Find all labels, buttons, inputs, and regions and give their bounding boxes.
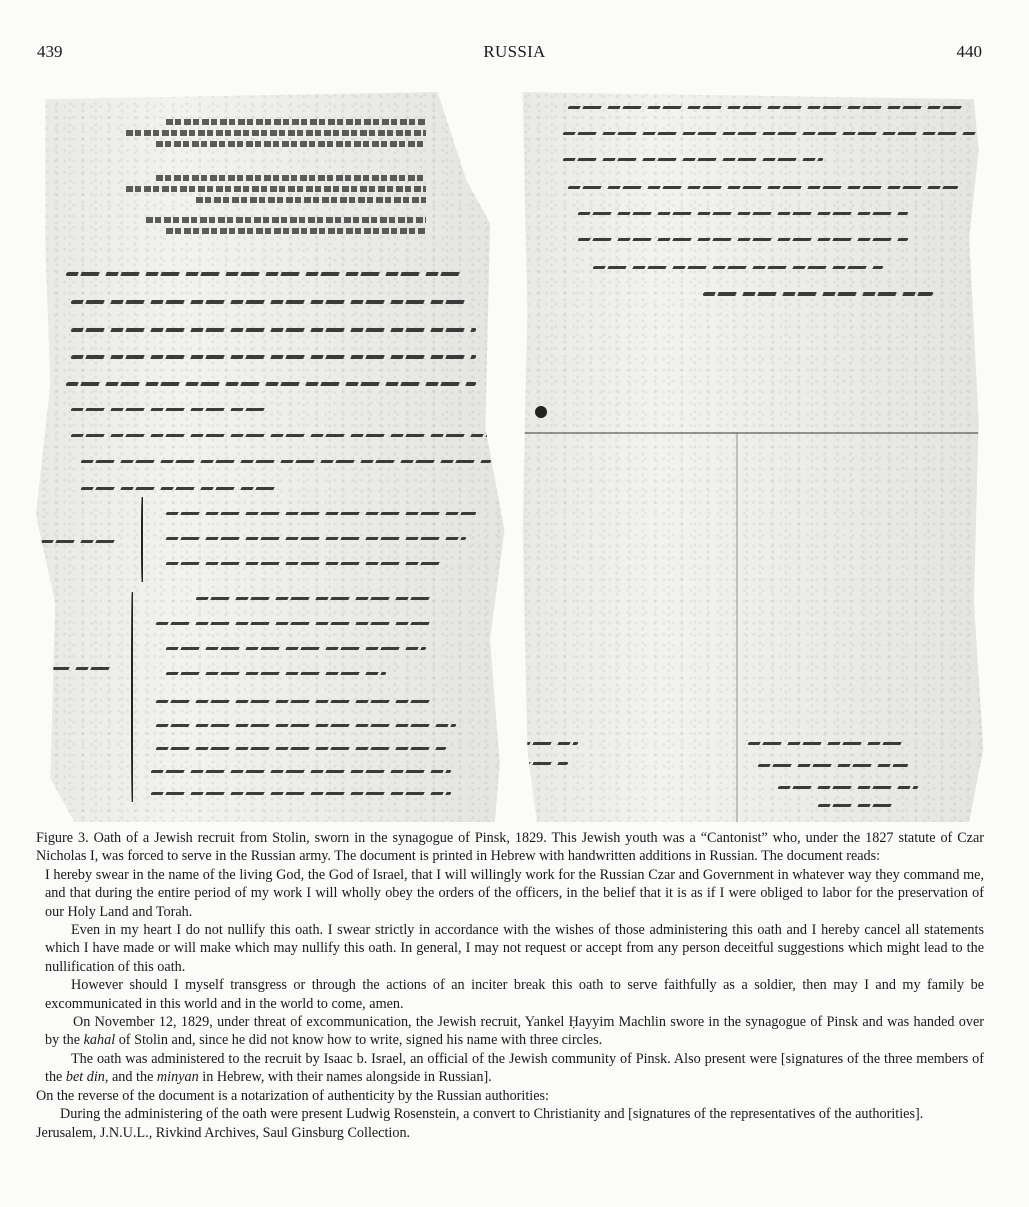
printed-hebrew-paragraph bbox=[126, 170, 426, 208]
term-kahal: kahal bbox=[84, 1032, 116, 1048]
reverse-text: During the administering of the oath wer… bbox=[36, 1105, 984, 1123]
caption-intro: Figure 3. Oath of a Jewish recruit from … bbox=[36, 829, 984, 866]
document-photo-front bbox=[36, 92, 514, 822]
administration-paragraph: The oath was administered to the recruit… bbox=[36, 1050, 984, 1087]
oath-paragraph-3: However should I myself transgress or th… bbox=[36, 976, 984, 1013]
term-minyan: minyan bbox=[157, 1069, 199, 1085]
running-head: 439 RUSSIA 440 bbox=[0, 42, 1029, 66]
document-photo-reverse bbox=[518, 92, 988, 822]
oath-paragraph-2: Even in my heart I do not nullify this o… bbox=[36, 921, 984, 976]
text-run: and the bbox=[108, 1069, 156, 1085]
swearing-paragraph: On November 12, 1829, under threat of ex… bbox=[36, 1013, 984, 1050]
fold-line bbox=[736, 432, 738, 822]
figure-caption: Figure 3. Oath of a Jewish recruit from … bbox=[36, 829, 984, 1142]
paper-texture bbox=[518, 92, 988, 822]
oath-paragraph-1: I hereby swear in the name of the living… bbox=[36, 866, 984, 921]
text-run: of Stolin and, since he did not know how… bbox=[115, 1032, 602, 1048]
fold-line bbox=[518, 432, 988, 434]
reverse-intro: On the reverse of the document is a nota… bbox=[36, 1087, 984, 1105]
source-credit: Jerusalem, J.N.U.L., Rivkind Archives, S… bbox=[36, 1124, 984, 1142]
term-bet-din: bet din, bbox=[66, 1069, 109, 1085]
printed-hebrew-paragraph bbox=[126, 114, 426, 152]
section-title: RUSSIA bbox=[0, 42, 1029, 62]
ink-blot bbox=[535, 406, 547, 418]
printed-hebrew-paragraph bbox=[126, 212, 426, 239]
page-number-right: 440 bbox=[957, 42, 983, 62]
text-run: in Hebrew, with their names alongside in… bbox=[199, 1069, 492, 1085]
